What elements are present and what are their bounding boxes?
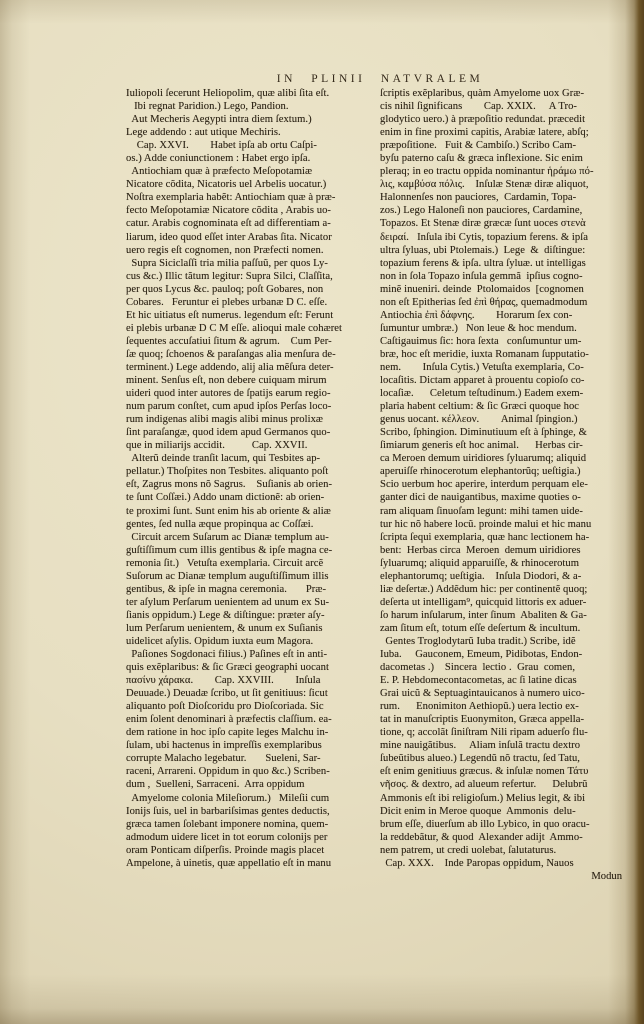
right-text-column: ſcriptis exẽplaribus, quàm Amyelome uox …	[380, 87, 630, 870]
catchword: Modun	[380, 871, 622, 882]
left-text-column: Iuliopoli ſecerunt Heliopolim, quæ alibi…	[126, 87, 372, 870]
book-page: IN PLINII NATVRALEM Iuliopoli ſecerunt H…	[0, 0, 644, 1024]
running-header: IN PLINII NATVRALEM	[150, 73, 610, 85]
